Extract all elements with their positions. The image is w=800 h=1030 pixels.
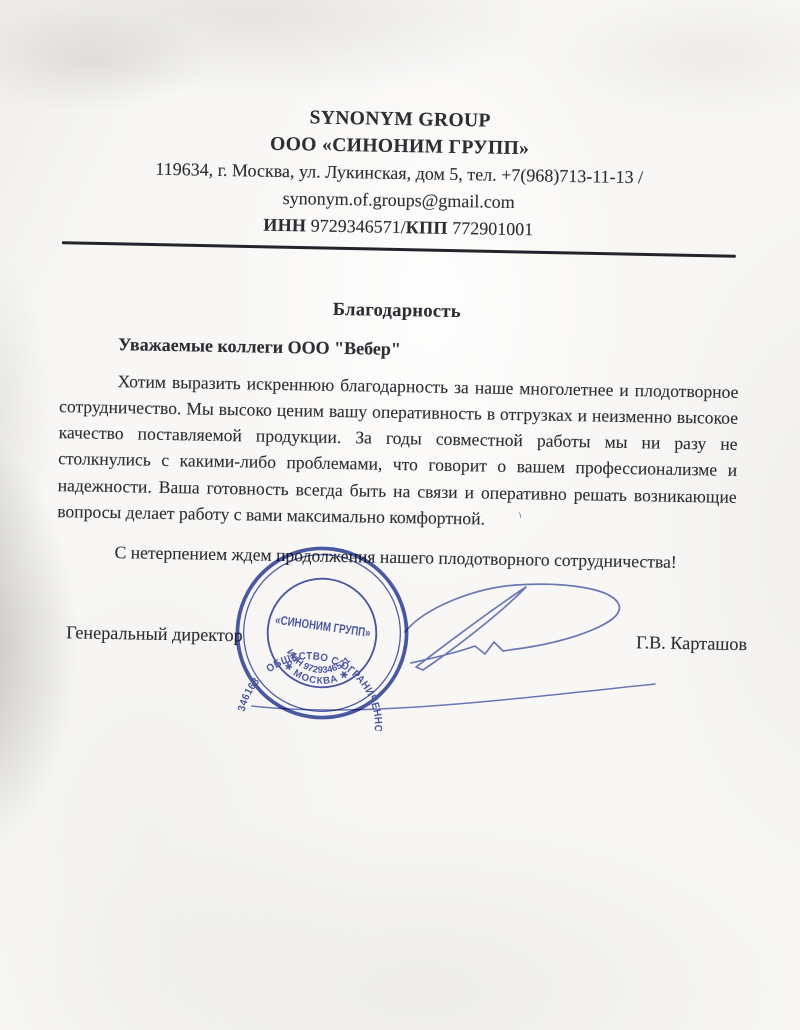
letterhead: SYNONYM GROUP ООО «СИНОНИМ ГРУПП» 119634… — [0, 0, 800, 248]
signer-title: Генеральный директор — [66, 623, 243, 647]
salutation: Уважаемые коллеги ООО "Вебер" — [60, 333, 736, 366]
inn-value: 9729346571/ — [306, 215, 406, 237]
body-paragraph: Хотим выразить искреннюю благодарность з… — [57, 367, 739, 537]
pen-signature — [238, 548, 670, 720]
kpp-label: КПП — [406, 217, 448, 238]
inn-label: ИНН — [263, 215, 306, 236]
signature-underline — [252, 684, 655, 710]
paper-background: SYNONYM GROUP ООО «СИНОНИМ ГРУПП» 119634… — [0, 0, 800, 1030]
kpp-value: 772901001 — [448, 218, 534, 239]
signature-strokes — [252, 584, 655, 710]
signature-svg — [238, 548, 670, 720]
letter-title: Благодарность — [0, 294, 797, 329]
